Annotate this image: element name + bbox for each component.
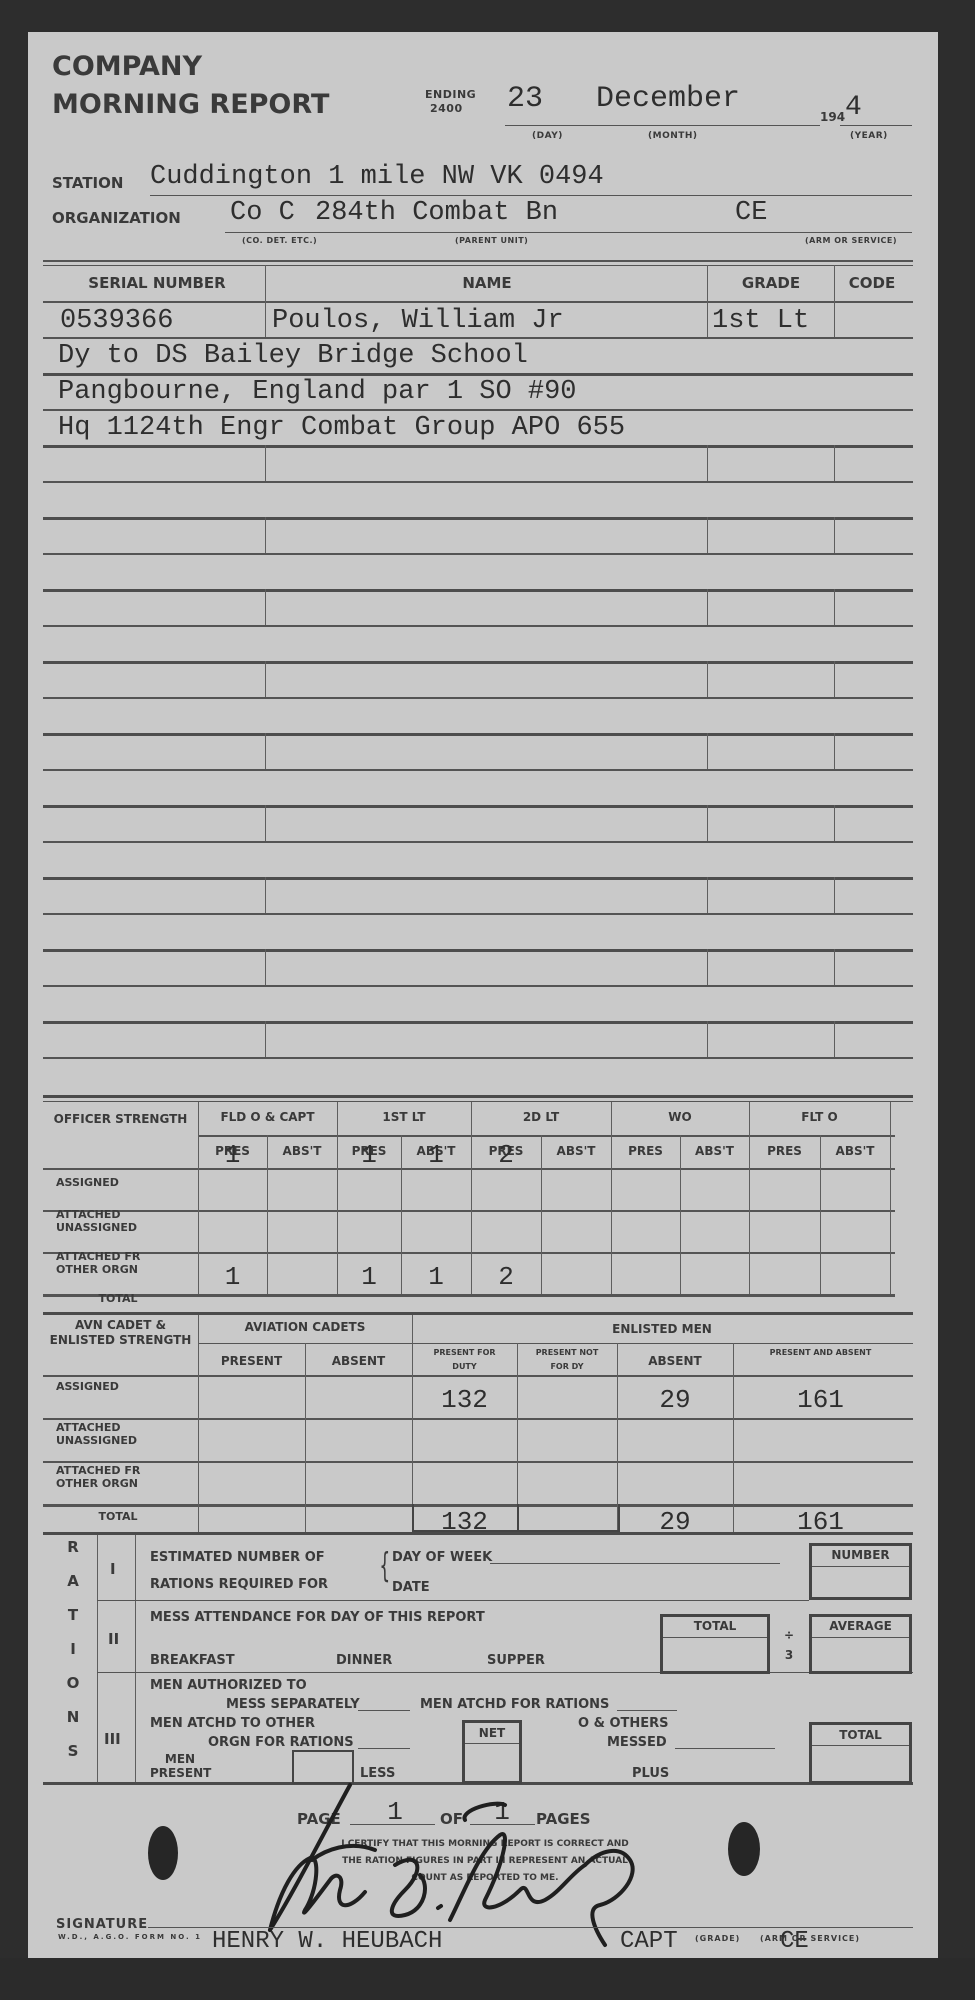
- present-label: PRESENT: [150, 1766, 210, 1780]
- column-divider: [707, 949, 708, 985]
- column-divider: [707, 1021, 708, 1057]
- rule: [43, 1312, 913, 1315]
- enlisted-column-header: PRESENT FOR DUTY: [426, 1346, 503, 1374]
- column-divider: [707, 445, 708, 481]
- ruled-line: [43, 985, 913, 987]
- ruled-line: [43, 589, 913, 592]
- officer-strength-cell[interactable]: [541, 1214, 611, 1252]
- rations-letter: S: [58, 1742, 88, 1760]
- ruled-line: [43, 409, 913, 411]
- column-divider: [707, 877, 708, 913]
- year-prefix: 194: [820, 110, 845, 124]
- officer-strength-cell[interactable]: 2: [471, 1256, 541, 1294]
- column-divider: [834, 1021, 835, 1057]
- column-divider: [834, 445, 835, 481]
- mess-separately-label: MESS SEPARATELY: [226, 1697, 360, 1712]
- enlisted-strength-cell[interactable]: [517, 1465, 617, 1504]
- ruled-line: [43, 913, 913, 915]
- average-box[interactable]: AVERAGE: [809, 1614, 912, 1674]
- enlisted-strength-cell[interactable]: [198, 1422, 305, 1461]
- officer-strength-cell[interactable]: 1: [337, 1139, 401, 1168]
- officer-strength-cell[interactable]: 1: [198, 1139, 267, 1168]
- column-divider: [707, 661, 708, 697]
- ruled-line: [43, 1057, 913, 1059]
- officer-strength-cell[interactable]: [611, 1139, 680, 1168]
- rule: [43, 1461, 913, 1463]
- officer-strength-cell[interactable]: [611, 1172, 680, 1210]
- orgn-for-rations-label: ORGN FOR RATIONS: [208, 1735, 354, 1750]
- section-3-total-label: TOTAL: [812, 1728, 909, 1742]
- month-caption: (MONTH): [648, 131, 698, 141]
- section-3-total-box[interactable]: TOTAL: [809, 1722, 912, 1784]
- officer-strength-cell[interactable]: [471, 1172, 541, 1210]
- officer-group-header: FLT O: [749, 1110, 890, 1124]
- officer-strength-cell[interactable]: [749, 1214, 820, 1252]
- officer-row-label: TOTAL: [73, 1292, 163, 1305]
- mess-attendance-label: MESS ATTENDANCE FOR DAY OF THIS REPORT: [150, 1610, 485, 1625]
- rule: [812, 1745, 909, 1746]
- enlisted-strength-cell[interactable]: [412, 1422, 517, 1461]
- column-divider: [834, 517, 835, 553]
- column-header-grade: GRADE: [708, 274, 834, 292]
- officer-strength-cell[interactable]: [541, 1139, 611, 1168]
- officer-strength-cell[interactable]: [749, 1172, 820, 1210]
- rule: [97, 1672, 913, 1673]
- officer-strength-cell[interactable]: [541, 1172, 611, 1210]
- column-divider: [707, 301, 708, 337]
- enlisted-strength-cell[interactable]: [305, 1465, 412, 1504]
- section-1-numeral: I: [110, 1560, 116, 1578]
- ruled-line: [43, 445, 913, 448]
- form-title-line1: COMPANY: [52, 52, 202, 82]
- column-divider: [265, 661, 266, 697]
- rations-letter: A: [58, 1572, 88, 1590]
- enlisted-strength-cell[interactable]: [517, 1508, 617, 1532]
- entry-serial: 0539366: [60, 306, 173, 336]
- officer-strength-cell[interactable]: [680, 1256, 749, 1294]
- column-divider: [265, 589, 266, 625]
- officer-strength-cell[interactable]: [267, 1139, 337, 1168]
- punch-hole-left: [148, 1826, 178, 1880]
- officer-strength-cell[interactable]: [820, 1256, 890, 1294]
- men-label: MEN: [150, 1752, 210, 1766]
- officer-strength-cell[interactable]: [337, 1172, 401, 1210]
- rule: [198, 1135, 895, 1137]
- handwritten-signature: [200, 1780, 720, 1950]
- orgn-for-rations-field[interactable]: [358, 1748, 410, 1749]
- column-divider: [834, 661, 835, 697]
- column-divider: [265, 949, 266, 985]
- officer-strength-cell[interactable]: [820, 1214, 890, 1252]
- column-divider: [707, 733, 708, 769]
- signer-name: HENRY W. HEUBACH: [212, 1928, 442, 1955]
- enlisted-strength-cell[interactable]: 29: [617, 1379, 733, 1418]
- officer-strength-cell[interactable]: [267, 1172, 337, 1210]
- rule: [43, 1095, 913, 1098]
- net-box[interactable]: NET: [462, 1720, 522, 1784]
- ruled-line: [43, 337, 913, 339]
- men-authorized-label: MEN AUTHORIZED TO: [150, 1678, 307, 1693]
- enlisted-strength-cell[interactable]: [617, 1422, 733, 1461]
- officer-row-label: ATTACHED FR OTHER ORGN: [56, 1250, 186, 1276]
- enlisted-strength-cell[interactable]: [198, 1508, 305, 1532]
- day-of-week-label: DAY OF WEEK: [392, 1550, 492, 1565]
- organization-parent: 284th Combat Bn: [315, 198, 558, 228]
- divide-by-three: ÷ 3: [780, 1625, 798, 1665]
- officer-strength-cell[interactable]: [680, 1139, 749, 1168]
- rule: [43, 1375, 913, 1377]
- officer-strength-cell[interactable]: [749, 1256, 820, 1294]
- ending-label: ENDING: [425, 88, 476, 101]
- day-caption: (DAY): [532, 131, 563, 141]
- average-label: AVERAGE: [812, 1619, 909, 1633]
- column-divider: [890, 1102, 891, 1294]
- officer-strength-cell[interactable]: [267, 1214, 337, 1252]
- ruled-line: [43, 553, 913, 555]
- mess-total-box[interactable]: TOTAL: [660, 1614, 770, 1674]
- column-header-serial: SERIAL NUMBER: [52, 274, 262, 292]
- enlisted-column-header: PRESENT AND ABSENT: [747, 1346, 894, 1360]
- unit-caption: (CO. DET. ETC.): [242, 236, 317, 245]
- officer-row-label: ASSIGNED: [56, 1176, 186, 1189]
- officer-strength-title: OFFICER STRENGTH: [43, 1112, 198, 1127]
- station-underline: [150, 195, 912, 196]
- column-divider: [265, 1021, 266, 1057]
- rule: [43, 1294, 895, 1297]
- report-year-digit: 4: [845, 92, 862, 123]
- rations-letter: O: [58, 1674, 88, 1692]
- ruled-line: [43, 733, 913, 736]
- officer-strength-cell[interactable]: [611, 1214, 680, 1252]
- column-divider: [707, 589, 708, 625]
- grade-caption: (GRADE): [695, 1934, 740, 1943]
- officer-group-header: FLD O & CAPT: [198, 1110, 337, 1124]
- entry-grade: 1st Lt: [712, 306, 809, 336]
- men-atchd-rations-label: MEN ATCHD FOR RATIONS: [420, 1697, 609, 1712]
- signer-grade: CAPT: [620, 1928, 678, 1955]
- station-label: STATION: [52, 174, 123, 192]
- enlisted-strength-cell[interactable]: 132: [412, 1379, 517, 1418]
- ruled-line: [43, 661, 913, 664]
- parent-caption: (PARENT UNIT): [455, 236, 528, 245]
- column-divider: [834, 949, 835, 985]
- remark-line-3: Hq 1124th Engr Combat Group APO 655: [58, 413, 625, 443]
- enlisted-strength-title: AVN CADET & ENLISTED STRENGTH: [43, 1318, 198, 1348]
- breakfast-label: BREAKFAST: [150, 1653, 235, 1668]
- column-divider: [265, 445, 266, 481]
- messed-label: MESSED: [607, 1735, 667, 1750]
- rations-required-label: RATIONS REQUIRED FOR: [150, 1577, 328, 1592]
- officer-strength-cell[interactable]: [471, 1214, 541, 1252]
- rule: [43, 1532, 913, 1535]
- remark-line-2: Pangbourne, England par 1 SO #90: [58, 377, 576, 407]
- column-divider: [265, 265, 266, 301]
- officer-strength-cell[interactable]: [401, 1214, 471, 1252]
- number-box[interactable]: NUMBER: [809, 1543, 912, 1600]
- enlisted-strength-cell[interactable]: [305, 1379, 412, 1418]
- plus-label: PLUS: [632, 1766, 669, 1781]
- enlisted-strength-cell[interactable]: [412, 1465, 517, 1504]
- organization-underline: [225, 232, 912, 233]
- officer-strength-cell[interactable]: 1: [337, 1256, 401, 1294]
- column-divider: [707, 517, 708, 553]
- ruled-line: [43, 877, 913, 880]
- officer-strength-cell[interactable]: [401, 1172, 471, 1210]
- enlisted-column-header: PRESENT: [198, 1354, 305, 1368]
- ruled-line: [43, 697, 913, 699]
- ruled-line: [43, 769, 913, 771]
- messed-field[interactable]: [675, 1748, 775, 1749]
- entry-name: Poulos, William Jr: [272, 306, 564, 336]
- date-underline: [505, 125, 820, 126]
- supper-label: SUPPER: [487, 1653, 545, 1668]
- officer-group-header: 2D LT: [471, 1110, 611, 1124]
- net-label: NET: [465, 1726, 519, 1740]
- rule: [812, 1566, 909, 1567]
- enlisted-strength-cell[interactable]: [198, 1465, 305, 1504]
- enlisted-column-header: ABSENT: [305, 1354, 412, 1368]
- officer-strength-cell[interactable]: 2: [471, 1139, 541, 1168]
- column-divider: [265, 877, 266, 913]
- enlisted-strength-cell[interactable]: [733, 1422, 908, 1461]
- form-title-line2: MORNING REPORT: [52, 90, 329, 120]
- dinner-label: DINNER: [336, 1653, 392, 1668]
- divider: [135, 1535, 136, 1782]
- officer-strength-cell[interactable]: [820, 1139, 890, 1168]
- scan-border: [0, 1958, 975, 2000]
- mess-total-label: TOTAL: [663, 1619, 767, 1633]
- aviation-cadets-header: AVIATION CADETS: [198, 1320, 412, 1334]
- rule: [43, 265, 913, 266]
- officer-strength-cell[interactable]: [267, 1256, 337, 1294]
- rule: [43, 1418, 913, 1420]
- enlisted-strength-cell[interactable]: [517, 1379, 617, 1418]
- report-month: December: [596, 82, 740, 116]
- column-divider: [834, 301, 835, 337]
- section-3-numeral: III: [104, 1730, 121, 1748]
- rule: [43, 260, 913, 262]
- organization-arm: CE: [735, 198, 767, 228]
- officer-strength-cell[interactable]: [611, 1256, 680, 1294]
- column-divider: [707, 265, 708, 301]
- column-divider: [265, 301, 266, 337]
- ruled-line: [43, 841, 913, 843]
- enlisted-strength-cell[interactable]: [305, 1508, 412, 1532]
- date-label: DATE: [392, 1580, 430, 1595]
- ruled-line: [43, 625, 913, 627]
- others-label: O & OTHERS: [578, 1716, 669, 1731]
- arm-service-caption: (ARM OR SERVICE): [760, 1934, 860, 1943]
- column-divider: [265, 805, 266, 841]
- section-2-numeral: II: [108, 1630, 119, 1648]
- rule: [43, 301, 913, 303]
- signature-label: SIGNATURE: [56, 1917, 148, 1932]
- rule: [465, 1743, 519, 1744]
- enlisted-men-header: ENLISTED MEN: [412, 1322, 912, 1336]
- less-label: LESS: [360, 1766, 395, 1781]
- ending-time-label: 2400: [430, 102, 463, 115]
- enlisted-strength-cell[interactable]: 161: [733, 1508, 908, 1532]
- officer-strength-cell[interactable]: [680, 1172, 749, 1210]
- column-divider: [834, 265, 835, 301]
- column-divider: [834, 589, 835, 625]
- ruled-line: [43, 517, 913, 520]
- column-divider: [707, 805, 708, 841]
- officer-group-header: 1ST LT: [337, 1110, 471, 1124]
- officer-strength-cell[interactable]: [337, 1214, 401, 1252]
- ruled-line: [43, 805, 913, 808]
- officer-strength-cell[interactable]: [820, 1172, 890, 1210]
- report-day: 23: [507, 82, 543, 116]
- ruled-line: [43, 1021, 913, 1024]
- officer-strength-cell[interactable]: [541, 1256, 611, 1294]
- enlisted-strength-cell[interactable]: [517, 1422, 617, 1461]
- enlisted-strength-cell[interactable]: [198, 1379, 305, 1418]
- officer-group-header: WO: [611, 1110, 749, 1124]
- organization-unit: Co C: [230, 198, 295, 228]
- enlisted-row-label: ATTACHED UNASSIGNED: [56, 1421, 186, 1447]
- column-divider: [834, 805, 835, 841]
- column-header-name: NAME: [268, 274, 706, 292]
- rations-letter: T: [58, 1606, 88, 1624]
- enlisted-row-label: ASSIGNED: [56, 1380, 186, 1393]
- column-divider: [834, 877, 835, 913]
- column-divider: [834, 733, 835, 769]
- officer-row-label: ATTACHED UNASSIGNED: [56, 1208, 186, 1234]
- officer-strength-cell[interactable]: [680, 1214, 749, 1252]
- ruled-line: [43, 949, 913, 952]
- rule: [97, 1600, 809, 1601]
- number-label: NUMBER: [812, 1548, 909, 1562]
- rations-letter: I: [58, 1640, 88, 1658]
- enlisted-strength-cell[interactable]: [305, 1422, 412, 1461]
- men-present-box[interactable]: [292, 1750, 354, 1784]
- station-value: Cuddington 1 mile NW VK 0494: [150, 162, 604, 192]
- enlisted-strength-cell[interactable]: [733, 1465, 908, 1504]
- punch-hole-right: [728, 1822, 760, 1876]
- enlisted-column-header: PRESENT NOT FOR DY: [531, 1346, 603, 1374]
- officer-strength-cell[interactable]: 1: [401, 1139, 471, 1168]
- divider: [97, 1535, 98, 1782]
- men-atchd-other-label: MEN ATCHD TO OTHER: [150, 1716, 315, 1731]
- arm-caption: (ARM OR SERVICE): [805, 236, 897, 245]
- rule: [43, 1168, 895, 1170]
- enlisted-row-label: ATTACHED FR OTHER ORGN: [56, 1464, 186, 1490]
- officer-strength-cell[interactable]: 1: [198, 1256, 267, 1294]
- officer-strength-cell[interactable]: [198, 1214, 267, 1252]
- men-atchd-rations-field[interactable]: [617, 1710, 677, 1711]
- men-present-label: MEN PRESENT: [150, 1752, 210, 1780]
- officer-strength-cell[interactable]: 1: [401, 1256, 471, 1294]
- enlisted-strength-cell[interactable]: 161: [733, 1379, 908, 1418]
- day-of-week-field[interactable]: [490, 1563, 780, 1564]
- column-divider: [265, 517, 266, 553]
- column-divider: [265, 733, 266, 769]
- officer-strength-cell[interactable]: [198, 1172, 267, 1210]
- year-caption: (YEAR): [850, 131, 888, 141]
- enlisted-column-header: ABSENT: [617, 1354, 733, 1368]
- ruled-line: [43, 373, 913, 376]
- rule: [812, 1637, 909, 1638]
- ruled-line: [43, 481, 913, 483]
- estimated-rations-label: ESTIMATED NUMBER OF: [150, 1550, 325, 1565]
- rule: [663, 1637, 767, 1638]
- brace: {: [379, 1546, 390, 1586]
- enlisted-strength-cell[interactable]: 132: [412, 1508, 517, 1532]
- column-header-code: CODE: [836, 274, 908, 292]
- enlisted-strength-cell[interactable]: [617, 1465, 733, 1504]
- officer-strength-cell[interactable]: [749, 1139, 820, 1168]
- remark-line-1: Dy to DS Bailey Bridge School: [58, 341, 528, 371]
- enlisted-strength-cell[interactable]: 29: [617, 1508, 733, 1532]
- rule: [43, 1101, 913, 1102]
- enlisted-row-label: TOTAL: [73, 1510, 163, 1523]
- rations-letter: N: [58, 1708, 88, 1726]
- form-number: W.D., A.G.O. FORM NO. 1: [58, 1933, 202, 1941]
- year-underline: [840, 125, 912, 126]
- mess-separately-field[interactable]: [358, 1710, 410, 1711]
- organization-label: ORGANIZATION: [52, 209, 181, 227]
- rations-letter: R: [58, 1538, 88, 1556]
